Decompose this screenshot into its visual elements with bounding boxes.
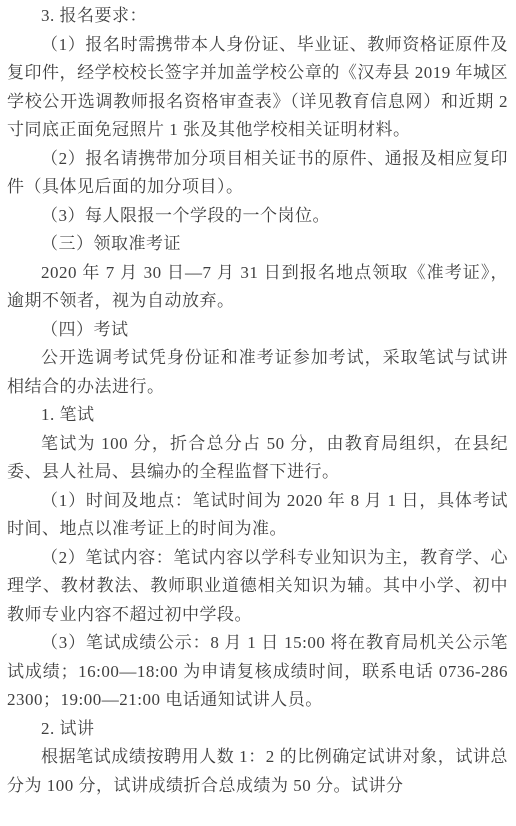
written-exam-heading: 1. 笔试 <box>7 401 508 430</box>
document-page: 3. 报名要求： （1）报名时需携带本人身份证、毕业证、教师资格证原件及复印件，… <box>0 0 516 826</box>
trial-lecture-body: 根据笔试成绩按聘用人数 1：2 的比例确定试讲对象，试讲总分为 100 分，试讲… <box>7 743 508 800</box>
requirement-item-1: （1）报名时需携带本人身份证、毕业证、教师资格证原件及复印件，经学校校长签字并加… <box>7 31 508 145</box>
registration-requirements-heading: 3. 报名要求： <box>7 2 508 31</box>
written-exam-time-location: （1）时间及地点：笔试时间为 2020 年 8 月 1 日，具体考试时间、地点以… <box>7 487 508 544</box>
section-exam-heading: （四）考试 <box>7 316 508 345</box>
trial-lecture-heading: 2. 试讲 <box>7 715 508 744</box>
exam-intro: 公开选调考试凭身份证和准考证参加考试，采取笔试与试讲相结合的办法进行。 <box>7 344 508 401</box>
requirement-item-2: （2）报名请携带加分项目相关证书的原件、通报及相应复印件（具体见后面的加分项目）… <box>7 145 508 202</box>
section-get-admission-ticket-heading: （三）领取准考证 <box>7 230 508 259</box>
written-exam-overview: 笔试为 100 分，折合总分占 50 分，由教育局组织，在县纪委、县人社局、县编… <box>7 430 508 487</box>
written-exam-results-announcement: （3）笔试成绩公示：8 月 1 日 15:00 将在教育局机关公示笔试成绩；16… <box>7 629 508 715</box>
requirement-item-3: （3）每人限报一个学段的一个岗位。 <box>7 202 508 231</box>
written-exam-content: （2）笔试内容：笔试内容以学科专业知识为主，教育学、心理学、教材教法、教师职业道… <box>7 544 508 630</box>
get-admission-ticket-body: 2020 年 7 月 30 日—7 月 31 日到报名地点领取《准考证》，逾期不… <box>7 259 508 316</box>
